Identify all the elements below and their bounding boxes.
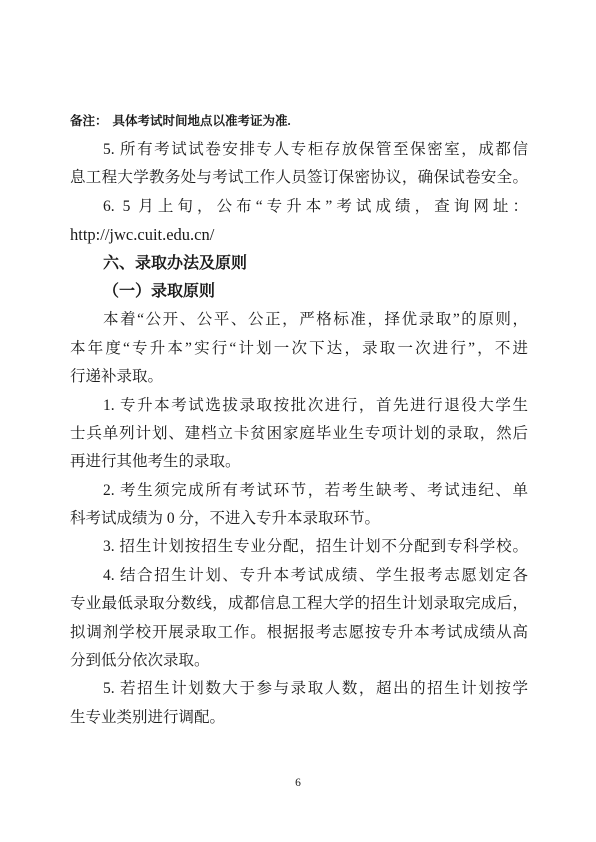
- body-line: 5. 所有考试试卷安排专人专柜存放保管至保密室，成都信: [70, 136, 528, 164]
- url-text: http://jwc.cuit.edu.cn/: [70, 221, 528, 249]
- body-line: 生专业类别进行调配。: [70, 704, 528, 732]
- subsection-heading: （一）录取原则: [70, 278, 528, 306]
- body-line: 本年度“专升本”实行“计划一次下达，录取一次进行”，不进: [70, 335, 528, 363]
- body-line: 拟调剂学校开展录取工作。根据报考志愿按专升本考试成绩从高: [70, 619, 528, 647]
- note-text: 具体考试时间地点以准考证为准.: [113, 114, 291, 128]
- body-line: 士兵单列计划、建档立卡贫困家庭毕业生专项计划的录取，然后: [70, 420, 528, 448]
- body-line: 本着“公开、公平、公正，严格标准，择优录取”的原则，: [70, 306, 528, 334]
- page-number: 6: [0, 777, 596, 789]
- note-line: 备注：具体考试时间地点以准考证为准.: [70, 112, 528, 131]
- note-label: 备注：: [70, 114, 108, 128]
- body-line: 行递补录取。: [70, 363, 528, 391]
- document-page: 备注：具体考试时间地点以准考证为准. 5. 所有考试试卷安排专人专柜存放保管至保…: [0, 0, 596, 842]
- body-line: 分到低分依次录取。: [70, 647, 528, 675]
- body-line: 3. 招生计划按招生专业分配，招生计划不分配到专科学校。: [70, 533, 528, 561]
- body-line: 1. 专升本考试选拔录取按批次进行，首先进行退役大学生: [70, 392, 528, 420]
- body-line: 6. 5 月上旬，公布“专升本”考试成绩，查询网址：: [70, 193, 528, 221]
- body-line: 2. 考生须完成所有考试环节，若考生缺考、考试违纪、单: [70, 477, 528, 505]
- body-line: 5. 若招生计划数大于参与录取人数，超出的招生计划按学: [70, 675, 528, 703]
- body-line: 息工程大学教务处与考试工作人员签订保密协议，确保试卷安全。: [70, 164, 528, 192]
- document-body: 5. 所有考试试卷安排专人专柜存放保管至保密室，成都信 息工程大学教务处与考试工…: [70, 136, 528, 732]
- body-line: 再进行其他考生的录取。: [70, 448, 528, 476]
- body-line: 科考试成绩为 0 分，不进入专升本录取环节。: [70, 505, 528, 533]
- section-heading: 六、录取办法及原则: [70, 250, 528, 278]
- body-line: 专业最低录取分数线，成都信息工程大学的招生计划录取完成后，: [70, 590, 528, 618]
- body-line: 4. 结合招生计划、专升本考试成绩、学生报考志愿划定各: [70, 562, 528, 590]
